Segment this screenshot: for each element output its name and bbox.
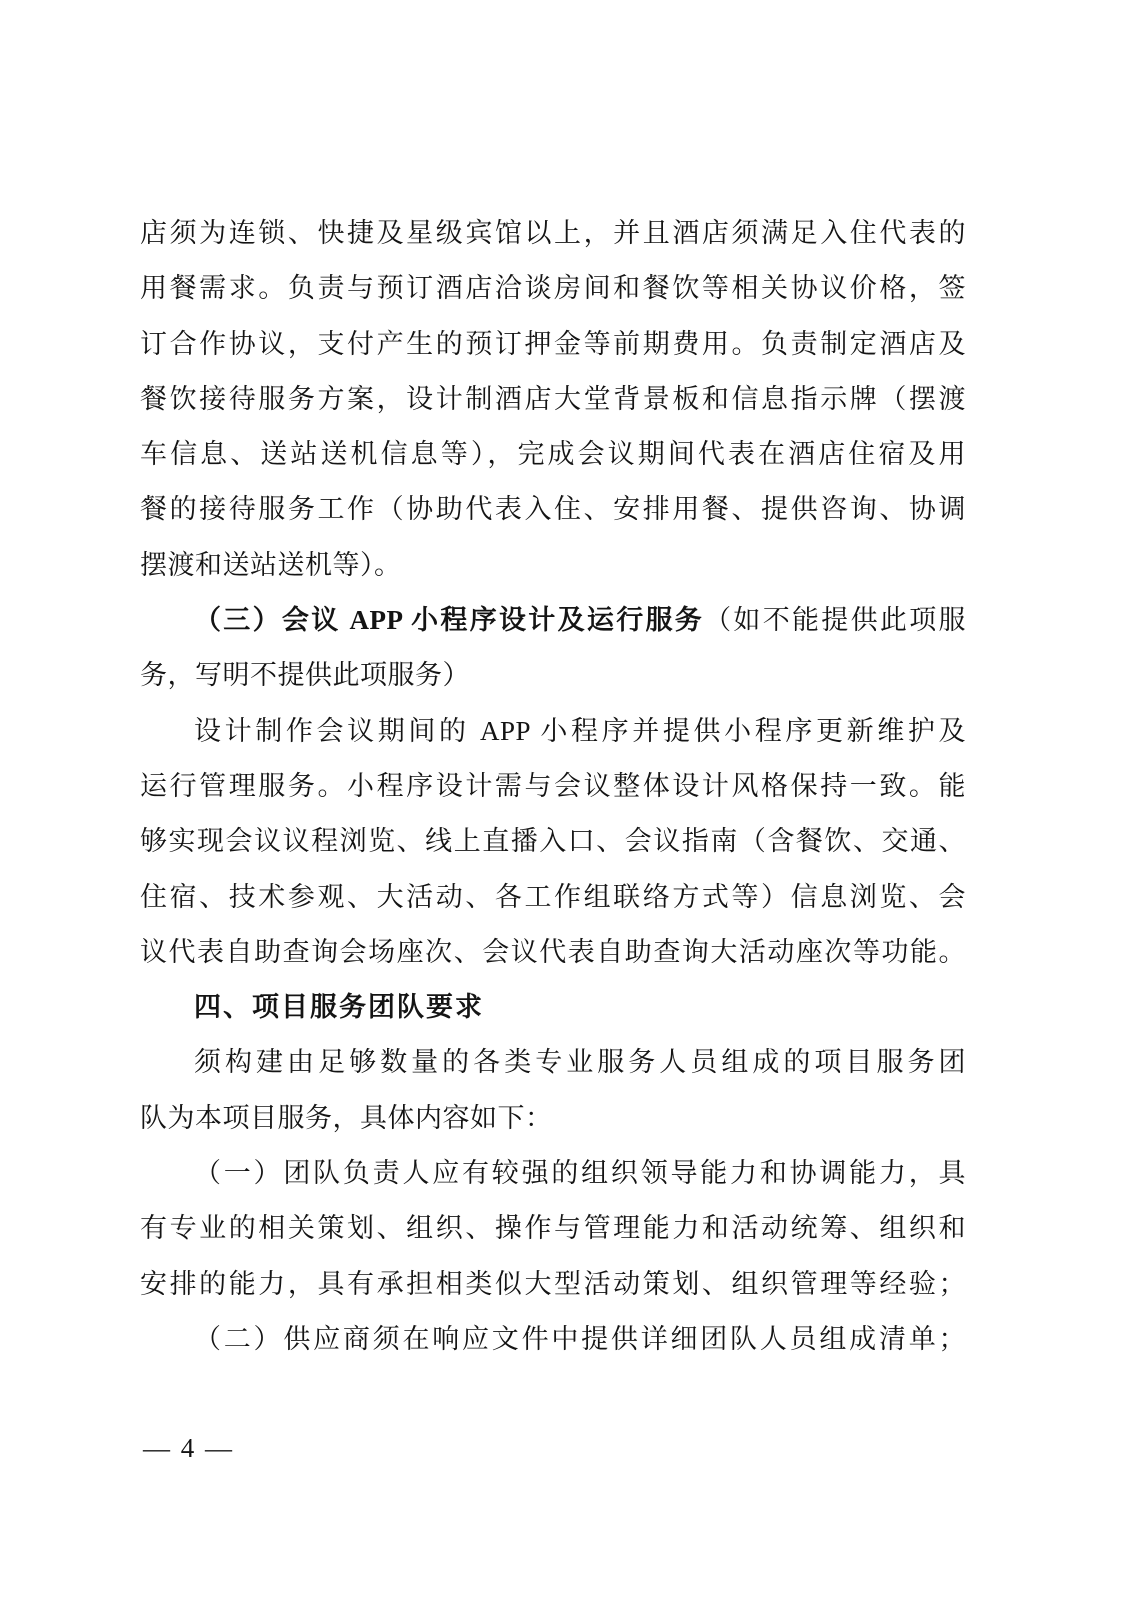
text-line: 够实现会议议程浏览、线上直播入口、会议指南（含餐饮、交通、	[140, 814, 966, 869]
body-text: 安排的能力，具有承担相类似大型活动策划、组织管理等经验；	[140, 1269, 966, 1299]
body-text: 住宿、技术参观、大活动、各工作组联络方式等）信息浏览、会	[140, 882, 966, 912]
text-line: 住宿、技术参观、大活动、各工作组联络方式等）信息浏览、会	[140, 870, 966, 925]
text-line: 安排的能力，具有承担相类似大型活动策划、组织管理等经验；	[140, 1257, 966, 1312]
body-text: 车信息、送站送机信息等），完成会议期间代表在酒店住宿及用	[140, 439, 966, 469]
body-text: （如不能提供此项服	[704, 605, 966, 635]
text-line: 务，写明不提供此项服务）	[140, 648, 966, 703]
body-text-block: 店须为连锁、快捷及星级宾馆以上，并且酒店须满足入住代表的 用餐需求。负责与预订酒…	[140, 206, 966, 1367]
body-text: 队为本项目服务，具体内容如下：	[140, 1103, 553, 1133]
text-line: 店须为连锁、快捷及星级宾馆以上，并且酒店须满足入住代表的	[140, 206, 966, 261]
text-line: 摆渡和送站送机等）。	[140, 538, 966, 593]
page-footer: — 4 —	[143, 1428, 234, 1468]
text-line: 有专业的相关策划、组织、操作与管理能力和活动统筹、组织和	[140, 1201, 966, 1256]
text-line: （三）会议 APP 小程序设计及运行服务（如不能提供此项服	[140, 593, 966, 648]
body-text: 餐饮接待服务方案，设计制酒店大堂背景板和信息指示牌（摆渡	[140, 384, 966, 414]
body-text: 餐的接待服务工作（协助代表入住、安排用餐、提供咨询、协调	[140, 494, 966, 524]
text-line: 订合作协议，支付产生的预订押金等前期费用。负责制定酒店及	[140, 317, 966, 372]
body-text: 须构建由足够数量的各类专业服务人员组成的项目服务团	[194, 1047, 966, 1077]
text-line: （一）团队负责人应有较强的组织领导能力和协调能力，具	[140, 1146, 966, 1201]
body-text: 有专业的相关策划、组织、操作与管理能力和活动统筹、组织和	[140, 1213, 966, 1243]
body-text: （二）供应商须在响应文件中提供详细团队人员组成清单；	[194, 1324, 966, 1354]
text-line: 须构建由足够数量的各类专业服务人员组成的项目服务团	[140, 1035, 966, 1090]
subsection-heading-3: （三）会议 APP 小程序设计及运行服务	[194, 605, 704, 635]
text-line: 设计制作会议期间的 APP 小程序并提供小程序更新维护及	[140, 704, 966, 759]
text-line: 餐的接待服务工作（协助代表入住、安排用餐、提供咨询、协调	[140, 482, 966, 537]
body-text: 订合作协议，支付产生的预订押金等前期费用。负责制定酒店及	[140, 329, 966, 359]
body-text: 够实现会议议程浏览、线上直播入口、会议指南（含餐饮、交通、	[140, 826, 966, 856]
text-line: 队为本项目服务，具体内容如下：	[140, 1091, 966, 1146]
body-text: 用餐需求。负责与预订酒店洽谈房间和餐饮等相关协议价格，签	[140, 273, 966, 303]
text-line: （二）供应商须在响应文件中提供详细团队人员组成清单；	[140, 1312, 966, 1367]
text-line: 议代表自助查询会场座次、会议代表自助查询大活动座次等功能。	[140, 925, 966, 980]
text-line: 运行管理服务。小程序设计需与会议整体设计风格保持一致。能	[140, 759, 966, 814]
body-text: 设计制作会议期间的 APP 小程序并提供小程序更新维护及	[194, 716, 966, 746]
body-text: 店须为连锁、快捷及星级宾馆以上，并且酒店须满足入住代表的	[140, 218, 966, 248]
page-number: — 4 —	[143, 1433, 234, 1463]
section-heading-text: 四、项目服务团队要求	[194, 992, 484, 1022]
body-text: 运行管理服务。小程序设计需与会议整体设计风格保持一致。能	[140, 771, 966, 801]
document-page: 店须为连锁、快捷及星级宾馆以上，并且酒店须满足入住代表的 用餐需求。负责与预订酒…	[0, 0, 1131, 1600]
text-line: 餐饮接待服务方案，设计制酒店大堂背景板和信息指示牌（摆渡	[140, 372, 966, 427]
body-text: 摆渡和送站送机等）。	[140, 550, 402, 580]
body-text: 议代表自助查询会场座次、会议代表自助查询大活动座次等功能。	[140, 937, 966, 967]
body-text: （一）团队负责人应有较强的组织领导能力和协调能力，具	[194, 1158, 966, 1188]
text-line: 用餐需求。负责与预订酒店洽谈房间和餐饮等相关协议价格，签	[140, 261, 966, 316]
text-line: 车信息、送站送机信息等），完成会议期间代表在酒店住宿及用	[140, 427, 966, 482]
section-heading-4: 四、项目服务团队要求	[140, 980, 966, 1035]
body-text: 务，写明不提供此项服务）	[140, 660, 470, 690]
